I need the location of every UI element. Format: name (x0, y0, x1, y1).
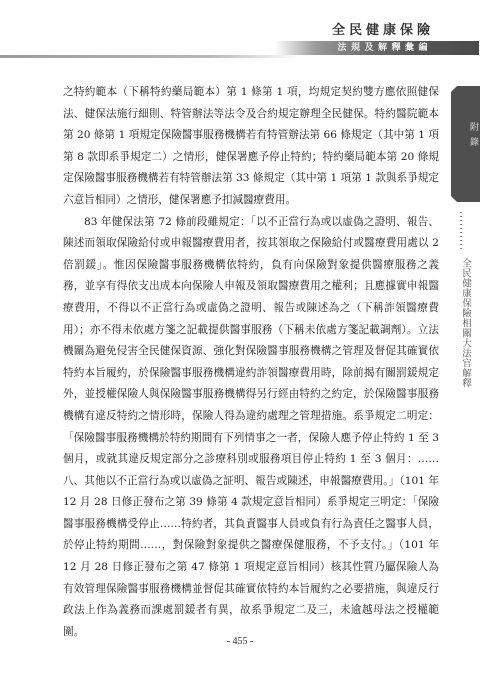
header-subtitle: 法規及解釋彙編 (337, 41, 432, 55)
page-number: - 455 - (0, 636, 480, 647)
body-text: 之特約範本（下稱特約藥局範本）第 1 條第 1 項，均規定契約雙方應依照健保法、… (63, 82, 439, 643)
side-chapter-title: 全民健康保險相關大法官解釋 (452, 258, 472, 388)
side-tab-label: 附錄 (451, 122, 480, 152)
header-thin-bar (0, 55, 300, 58)
side-tab-appendix: 附錄 (451, 86, 480, 202)
side-tab-dotted-leader (460, 212, 462, 252)
paragraph: 之特約範本（下稱特約藥局範本）第 1 條第 1 項，均規定契約雙方應依照健保法、… (63, 82, 439, 212)
paragraph: 83 年健保法第 72 條前段雖規定：「以不正當行為或以虛偽之證明、報告、陳述而… (63, 212, 439, 644)
header-title: 全民健康保險 (332, 19, 434, 38)
